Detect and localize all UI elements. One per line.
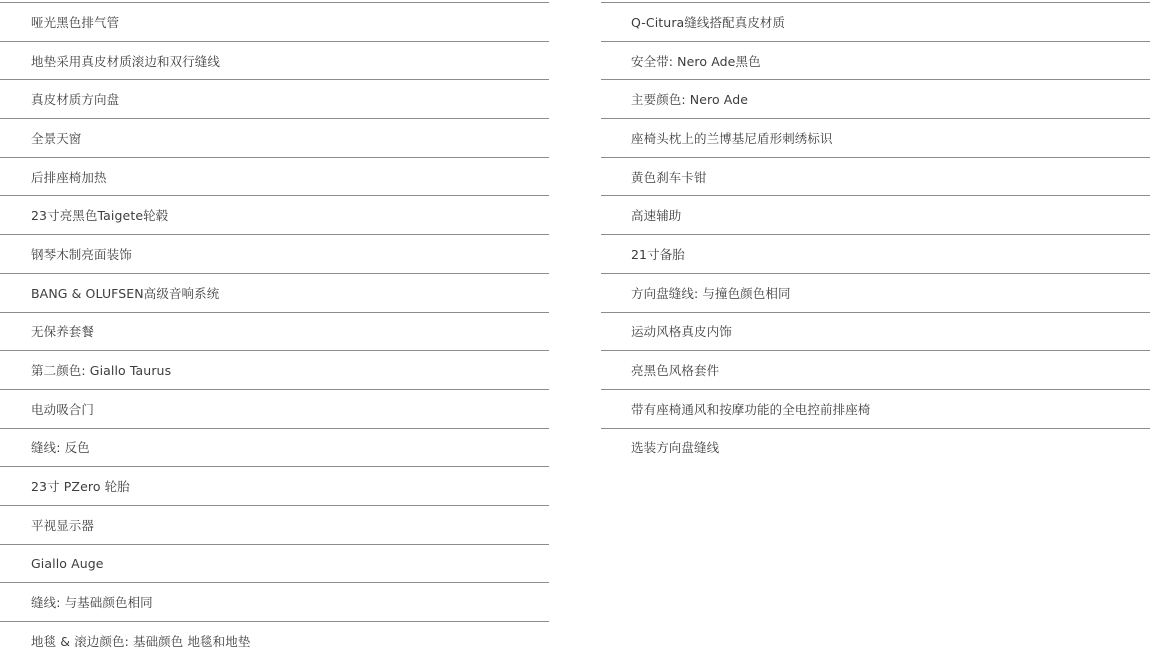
list-item: Giallo Auge (0, 544, 549, 583)
list-item-label: 安全带: Nero Ade黑色 (631, 52, 761, 70)
list-item-label: 21寸备胎 (631, 245, 685, 263)
list-item: 运动风格真皮内饰 (601, 312, 1150, 351)
list-item: 23寸 PZero 轮胎 (0, 466, 549, 505)
list-item-label: 后排座椅加热 (31, 168, 107, 186)
list-item: 亮黑色风格套件 (601, 350, 1150, 389)
list-item: 选装方向盘缝线 (601, 428, 1150, 467)
list-item-label: 地垫采用真皮材质滚边和双行缝线 (31, 52, 220, 70)
feature-list-right: Q-Citura缝线搭配真皮材质 安全带: Nero Ade黑色 主要颜色: N… (601, 2, 1150, 466)
list-item-label: 选装方向盘缝线 (631, 438, 719, 456)
list-item-label: 带有座椅通风和按摩功能的全电控前排座椅 (631, 400, 870, 418)
list-item-label: 无保养套餐 (31, 322, 94, 340)
list-item: 地垫采用真皮材质滚边和双行缝线 (0, 41, 549, 80)
list-item-label: 钢琴木制亮面装饰 (31, 245, 132, 263)
list-item: 钢琴木制亮面装饰 (0, 234, 549, 273)
list-item: 后排座椅加热 (0, 157, 549, 196)
list-item: 哑光黑色排气管 (0, 2, 549, 41)
list-item-label: 第二颜色: Giallo Taurus (31, 361, 171, 379)
list-item-label: 哑光黑色排气管 (31, 13, 119, 31)
list-item: 21寸备胎 (601, 234, 1150, 273)
list-item: 缝线: 与基础颜色相同 (0, 582, 549, 621)
list-item: 高速辅助 (601, 195, 1150, 234)
list-item: 方向盘缝线: 与撞色颜色相同 (601, 273, 1150, 312)
list-item-label: 缝线: 与基础颜色相同 (31, 593, 153, 611)
list-item-label: 黄色刹车卡钳 (631, 168, 707, 186)
list-item-label: 运动风格真皮内饰 (631, 322, 732, 340)
list-item-label: 全景天窗 (31, 129, 81, 147)
list-item: 第二颜色: Giallo Taurus (0, 350, 549, 389)
list-item-label: 座椅头枕上的兰博基尼盾形刺绣标识 (631, 129, 833, 147)
list-item-label: 高速辅助 (631, 206, 681, 224)
list-item: 黄色刹车卡钳 (601, 157, 1150, 196)
list-item: 安全带: Nero Ade黑色 (601, 41, 1150, 80)
list-item: Q-Citura缝线搭配真皮材质 (601, 2, 1150, 41)
list-item-label: Q-Citura缝线搭配真皮材质 (631, 13, 785, 31)
list-item: 真皮材质方向盘 (0, 79, 549, 118)
list-item: 主要颜色: Nero Ade (601, 79, 1150, 118)
list-item: BANG & OLUFSEN高级音响系统 (0, 273, 549, 312)
list-item-label: 平视显示器 (31, 516, 94, 534)
list-item-label: 23寸亮黑色Taigete轮毂 (31, 206, 168, 224)
list-item-label: 地毯 & 滚边颜色: 基础颜色 地毯和地垫 (31, 632, 250, 650)
list-item-label: 缝线: 反色 (31, 438, 90, 456)
list-item-label: BANG & OLUFSEN高级音响系统 (31, 284, 219, 302)
list-item: 23寸亮黑色Taigete轮毂 (0, 195, 549, 234)
list-item: 无保养套餐 (0, 312, 549, 351)
list-item: 带有座椅通风和按摩功能的全电控前排座椅 (601, 389, 1150, 428)
list-item-label: 主要颜色: Nero Ade (631, 90, 748, 108)
list-item-label: 方向盘缝线: 与撞色颜色相同 (631, 284, 791, 302)
list-item: 地毯 & 滚边颜色: 基础颜色 地毯和地垫 (0, 621, 549, 660)
list-item-label: Giallo Auge (31, 556, 104, 571)
list-item: 电动吸合门 (0, 389, 549, 428)
list-item: 座椅头枕上的兰博基尼盾形刺绣标识 (601, 118, 1150, 157)
list-item: 全景天窗 (0, 118, 549, 157)
feature-list-left: 哑光黑色排气管 地垫采用真皮材质滚边和双行缝线 真皮材质方向盘 全景天窗 后排座… (0, 2, 549, 660)
list-item: 缝线: 反色 (0, 428, 549, 467)
list-item-label: 23寸 PZero 轮胎 (31, 477, 130, 495)
list-item-label: 真皮材质方向盘 (31, 90, 119, 108)
list-item-label: 电动吸合门 (31, 400, 94, 418)
list-item: 平视显示器 (0, 505, 549, 544)
list-item-label: 亮黑色风格套件 (631, 361, 719, 379)
